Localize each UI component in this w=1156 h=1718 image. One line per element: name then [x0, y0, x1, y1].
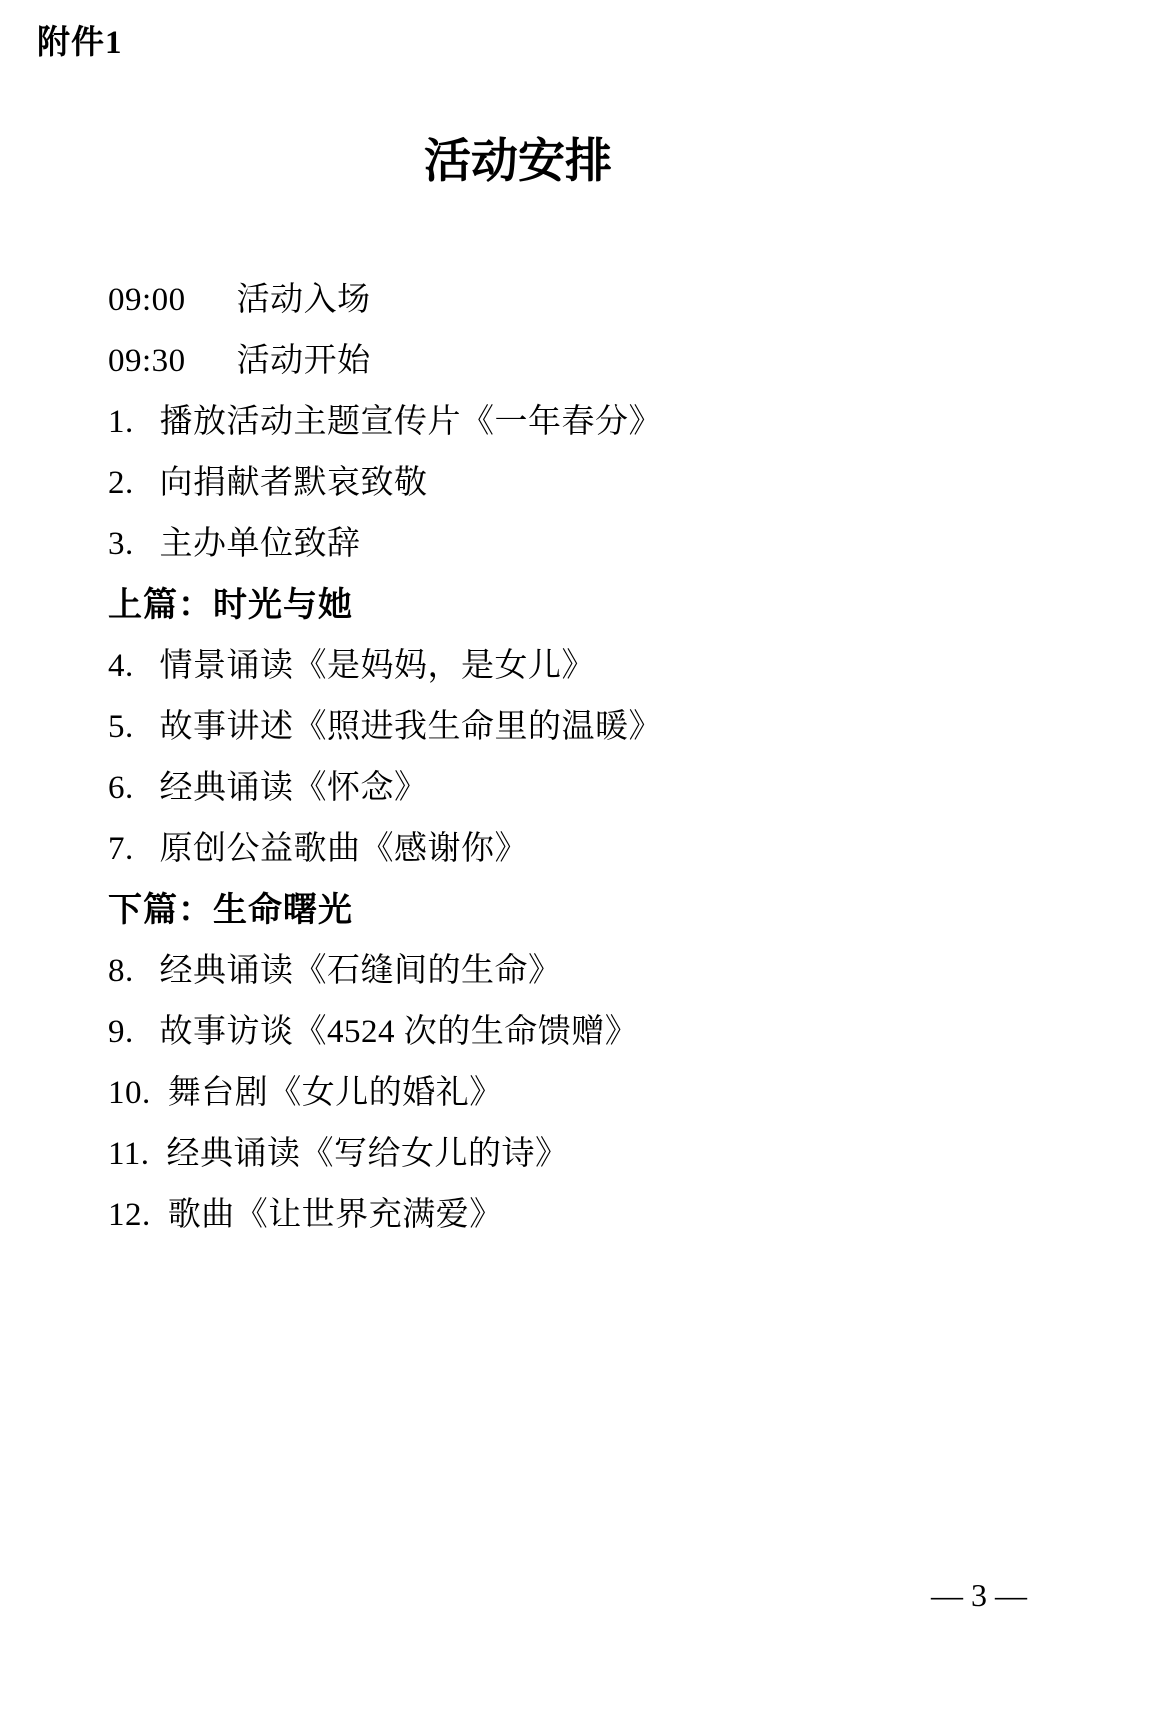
schedule-line: 3. 主办单位致辞: [108, 514, 1048, 575]
schedule-line: 2. 向捐献者默哀致敬: [108, 453, 1048, 514]
schedule-line: 12. 歌曲《让世界充满爱》: [108, 1185, 1048, 1246]
schedule-line: 5. 故事讲述《照进我生命里的温暖》: [108, 697, 1048, 758]
schedule-line: 7. 原创公益歌曲《感谢你》: [108, 819, 1048, 880]
schedule-line: 1. 播放活动主题宣传片《一年春分》: [108, 392, 1048, 453]
schedule-section-header: 下篇：生命曙光: [108, 880, 1048, 941]
schedule-line: 10. 舞台剧《女儿的婚礼》: [108, 1063, 1048, 1124]
page-number: — 3 —: [931, 1577, 1027, 1614]
schedule-line: 09:30 活动开始: [108, 331, 1048, 392]
schedule-line: 11. 经典诵读《写给女儿的诗》: [108, 1124, 1048, 1185]
attachment-label: 附件1: [37, 16, 123, 63]
page-title: 活动安排: [108, 134, 928, 190]
schedule-line: 8. 经典诵读《石缝间的生命》: [108, 941, 1048, 1002]
schedule-line: 6. 经典诵读《怀念》: [108, 758, 1048, 819]
schedule-list: 09:00 活动入场 09:30 活动开始 1. 播放活动主题宣传片《一年春分》…: [108, 270, 1048, 1246]
schedule-line: 09:00 活动入场: [108, 270, 1048, 331]
schedule-line: 4. 情景诵读《是妈妈，是女儿》: [108, 636, 1048, 697]
document-page: 附件1 活动安排 09:00 活动入场 09:30 活动开始 1. 播放活动主题…: [0, 0, 1156, 1718]
schedule-section-header: 上篇：时光与她: [108, 575, 1048, 636]
schedule-line: 9. 故事访谈《4524 次的生命馈赠》: [108, 1002, 1048, 1063]
